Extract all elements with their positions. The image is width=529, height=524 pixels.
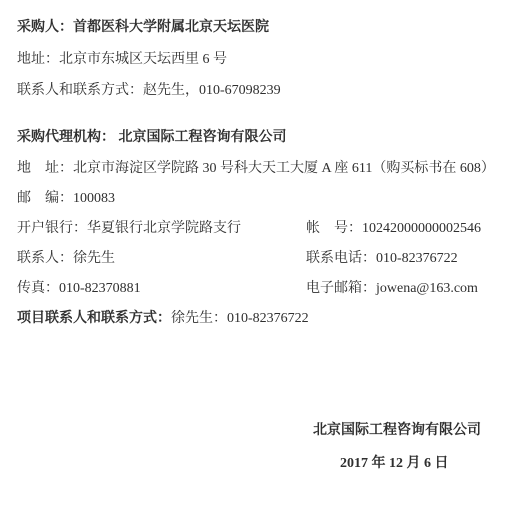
agency-email: 电子邮箱：jowena@163.com: [306, 281, 478, 297]
agency-name-line: 采购代理机构： 北京国际工程咨询有限公司: [17, 130, 287, 146]
agency-postcode-value: 100083: [73, 191, 115, 206]
project-contact-value: 徐先生：010-82376722: [171, 311, 309, 326]
agency-contact-phone-line: 联系人：徐先生 联系电话：010-82376722: [17, 251, 517, 267]
agency-fax-email-line: 传真：010-82370881 电子邮箱：jowena@163.com: [17, 281, 517, 297]
agency-name-label: 采购代理机构：: [17, 130, 115, 145]
purchaser-name-label: 采购人：: [17, 20, 73, 35]
agency-address-label: 地 址：: [17, 161, 73, 176]
project-contact-label: 项目联系人和联系方式：: [17, 311, 171, 326]
purchaser-address-value: 北京市东城区天坛西里 6 号: [59, 52, 227, 67]
agency-fax-label: 传真：: [17, 281, 59, 296]
agency-bank-value: 华夏银行北京学院路支行: [87, 221, 241, 236]
agency-bank-account-line: 开户银行：华夏银行北京学院路支行 帐 号：10242000000002546: [17, 221, 517, 237]
purchaser-name-value: 首都医科大学附属北京天坛医院: [73, 20, 269, 35]
agency-fax-value: 010-82370881: [59, 281, 141, 296]
agency-phone: 联系电话：010-82376722: [306, 251, 458, 267]
agency-email-value: jowena@163.com: [376, 281, 478, 296]
agency-address-line: 地 址：北京市海淀区学院路 30 号科大天工大厦 A 座 611（购买标书在 6…: [17, 161, 495, 177]
agency-bank: 开户银行：华夏银行北京学院路支行: [17, 221, 306, 237]
purchaser-address-line: 地址：北京市东城区天坛西里 6 号: [17, 52, 227, 68]
purchaser-name-line: 采购人：首都医科大学附属北京天坛医院: [17, 20, 269, 36]
agency-phone-value: 010-82376722: [376, 251, 458, 266]
purchaser-address-label: 地址：: [17, 52, 59, 67]
agency-account-label: 帐 号：: [306, 221, 362, 236]
signature-date: 2017 年 12 月 6 日: [340, 452, 449, 472]
agency-postcode-label: 邮 编：: [17, 191, 73, 206]
agency-contact-label: 联系人：: [17, 251, 73, 266]
purchaser-contact-line: 联系人和联系方式：赵先生，010-67098239: [17, 83, 281, 99]
agency-account-value: 10242000000002546: [362, 221, 481, 236]
purchaser-contact-value: 赵先生，010-67098239: [143, 83, 281, 98]
agency-postcode-line: 邮 编：100083: [17, 191, 115, 207]
agency-contact: 联系人：徐先生: [17, 251, 306, 267]
project-contact-line: 项目联系人和联系方式：徐先生：010-82376722: [17, 311, 309, 327]
document-page: 采购人：首都医科大学附属北京天坛医院 地址：北京市东城区天坛西里 6 号 联系人…: [0, 0, 529, 524]
agency-name-value: 北京国际工程咨询有限公司: [119, 130, 287, 145]
purchaser-contact-label: 联系人和联系方式：: [17, 83, 143, 98]
signature-company: 北京国际工程咨询有限公司: [313, 419, 481, 439]
agency-phone-label: 联系电话：: [306, 251, 376, 266]
agency-address-value: 北京市海淀区学院路 30 号科大天工大厦 A 座 611（购买标书在 608）: [73, 161, 495, 176]
agency-account: 帐 号：10242000000002546: [306, 221, 481, 237]
agency-fax: 传真：010-82370881: [17, 281, 306, 297]
agency-contact-value: 徐先生: [73, 251, 115, 266]
agency-email-label: 电子邮箱：: [306, 281, 376, 296]
agency-bank-label: 开户银行：: [17, 221, 87, 236]
